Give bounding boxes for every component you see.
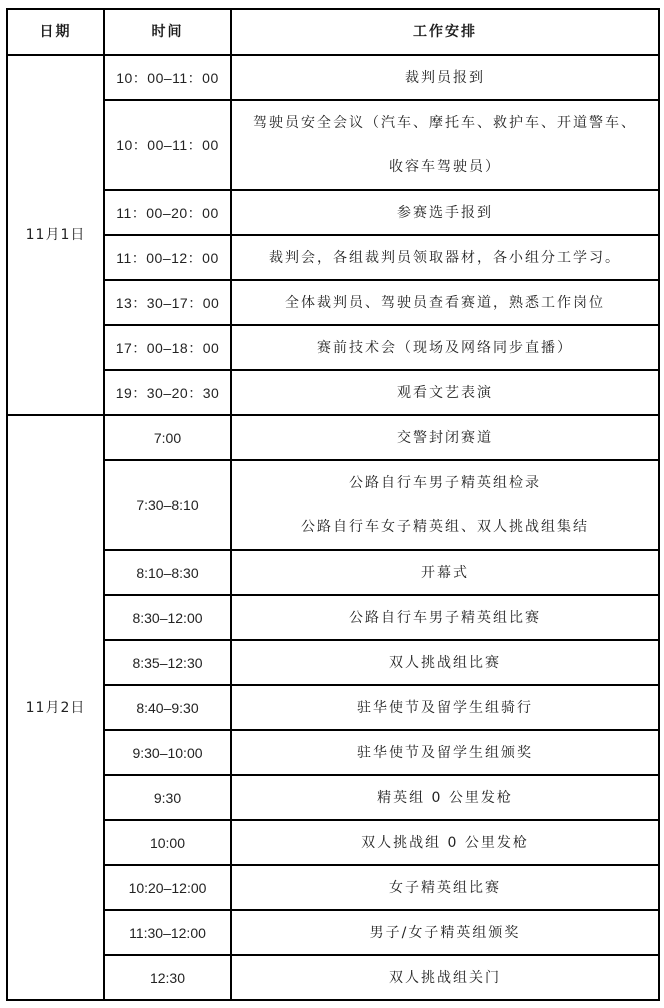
- date-cell: 11月1日: [7, 55, 104, 415]
- table-row: 12:30 双人挑战组关门: [7, 955, 659, 1000]
- work-cell: 驻华使节及留学生组骑行: [231, 685, 659, 730]
- work-line: 公路自行车女子精英组、双人挑战组集结: [232, 505, 658, 549]
- time-cell: 10:00: [104, 820, 231, 865]
- table-row: 8:35–12:30 双人挑战组比赛: [7, 640, 659, 685]
- time-cell: 17：00–18：00: [104, 325, 231, 370]
- table-row: 9:30 精英组 0 公里发枪: [7, 775, 659, 820]
- work-cell: 女子精英组比赛: [231, 865, 659, 910]
- work-cell: 双人挑战组关门: [231, 955, 659, 1000]
- time-cell: 12:30: [104, 955, 231, 1000]
- work-line: 公路自行车男子精英组检录: [232, 461, 658, 505]
- table-row: 11:30–12:00 男子/女子精英组颁奖: [7, 910, 659, 955]
- header-time: 时间: [104, 9, 231, 55]
- schedule-table: 日期 时间 工作安排 11月1日 10：00–11：00 裁判员报到 10：00…: [6, 8, 660, 1001]
- time-cell: 8:40–9:30: [104, 685, 231, 730]
- table-row: 11：00–20：00 参赛选手报到: [7, 190, 659, 235]
- table-row: 7:30–8:10 公路自行车男子精英组检录 公路自行车女子精英组、双人挑战组集…: [7, 460, 659, 550]
- work-cell: 公路自行车男子精英组检录 公路自行车女子精英组、双人挑战组集结: [231, 460, 659, 550]
- time-cell: 10:20–12:00: [104, 865, 231, 910]
- work-cell: 双人挑战组 0 公里发枪: [231, 820, 659, 865]
- header-work: 工作安排: [231, 9, 659, 55]
- work-cell: 精英组 0 公里发枪: [231, 775, 659, 820]
- time-cell: 19：30–20：30: [104, 370, 231, 415]
- table-row: 10:20–12:00 女子精英组比赛: [7, 865, 659, 910]
- table-row: 13：30–17：00 全体裁判员、驾驶员查看赛道，熟悉工作岗位: [7, 280, 659, 325]
- time-cell: 10：00–11：00: [104, 55, 231, 100]
- work-cell: 赛前技术会（现场及网络同步直播）: [231, 325, 659, 370]
- work-cell: 交警封闭赛道: [231, 415, 659, 460]
- header-date: 日期: [7, 9, 104, 55]
- table-row: 11：00–12：00 裁判会，各组裁判员领取器材，各小组分工学习。: [7, 235, 659, 280]
- table-row: 8:30–12:00 公路自行车男子精英组比赛: [7, 595, 659, 640]
- work-cell: 观看文艺表演: [231, 370, 659, 415]
- work-line: 收容车驾驶员）: [232, 145, 658, 189]
- time-cell: 7:30–8:10: [104, 460, 231, 550]
- header-row: 日期 时间 工作安排: [7, 9, 659, 55]
- time-cell: 10：00–11：00: [104, 100, 231, 190]
- table-row: 9:30–10:00 驻华使节及留学生组颁奖: [7, 730, 659, 775]
- work-cell: 双人挑战组比赛: [231, 640, 659, 685]
- work-cell: 驾驶员安全会议（汽车、摩托车、救护车、开道警车、 收容车驾驶员）: [231, 100, 659, 190]
- table-row: 11月1日 10：00–11：00 裁判员报到: [7, 55, 659, 100]
- time-cell: 11：00–12：00: [104, 235, 231, 280]
- work-cell: 裁判会，各组裁判员领取器材，各小组分工学习。: [231, 235, 659, 280]
- time-cell: 9:30–10:00: [104, 730, 231, 775]
- time-cell: 7:00: [104, 415, 231, 460]
- work-cell: 参赛选手报到: [231, 190, 659, 235]
- table-row: 10：00–11：00 驾驶员安全会议（汽车、摩托车、救护车、开道警车、 收容车…: [7, 100, 659, 190]
- work-cell: 公路自行车男子精英组比赛: [231, 595, 659, 640]
- work-cell: 开幕式: [231, 550, 659, 595]
- table-row: 11月2日 7:00 交警封闭赛道: [7, 415, 659, 460]
- time-cell: 8:10–8:30: [104, 550, 231, 595]
- time-cell: 13：30–17：00: [104, 280, 231, 325]
- time-cell: 8:30–12:00: [104, 595, 231, 640]
- date-cell: 11月2日: [7, 415, 104, 1000]
- time-cell: 8:35–12:30: [104, 640, 231, 685]
- work-cell: 裁判员报到: [231, 55, 659, 100]
- work-line: 驾驶员安全会议（汽车、摩托车、救护车、开道警车、: [232, 101, 658, 145]
- table-row: 8:40–9:30 驻华使节及留学生组骑行: [7, 685, 659, 730]
- table-row: 17：00–18：00 赛前技术会（现场及网络同步直播）: [7, 325, 659, 370]
- table-row: 10:00 双人挑战组 0 公里发枪: [7, 820, 659, 865]
- time-cell: 9:30: [104, 775, 231, 820]
- table-row: 8:10–8:30 开幕式: [7, 550, 659, 595]
- work-cell: 驻华使节及留学生组颁奖: [231, 730, 659, 775]
- time-cell: 11:30–12:00: [104, 910, 231, 955]
- table-row: 19：30–20：30 观看文艺表演: [7, 370, 659, 415]
- time-cell: 11：00–20：00: [104, 190, 231, 235]
- work-cell: 男子/女子精英组颁奖: [231, 910, 659, 955]
- work-cell: 全体裁判员、驾驶员查看赛道，熟悉工作岗位: [231, 280, 659, 325]
